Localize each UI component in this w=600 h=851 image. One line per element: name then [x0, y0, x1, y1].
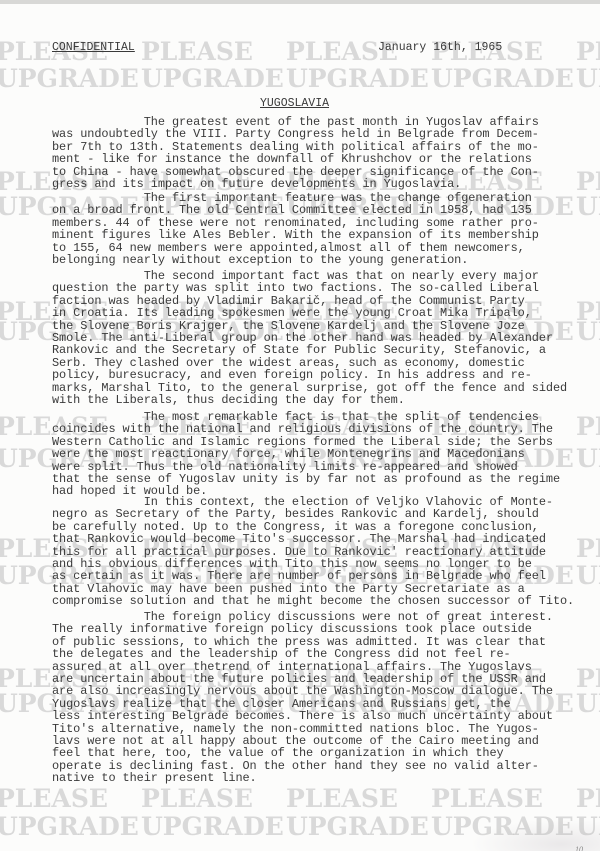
text-line: native to their present line. — [52, 772, 600, 784]
text-line: minent figures like Ales Bebler. With th… — [52, 229, 600, 241]
paragraph-national-divisions: The most remarkable fact is that the spl… — [52, 411, 600, 498]
text-line: feel that here, too, the value of the or… — [52, 747, 600, 759]
text-line: on a broad front. The old Central Commit… — [52, 204, 600, 216]
text-line: as certain as it was. There are number o… — [52, 570, 600, 582]
paragraph-congress: The greatest event of the past month in … — [52, 116, 600, 190]
text-line: policy, buresucracy, and even foreign po… — [52, 369, 600, 381]
text-line: were the most reactionary force, while M… — [52, 448, 600, 460]
paragraph-succession: In this context, the election of Veljko … — [52, 496, 600, 608]
text-line: less interesting Belgrade becomes. There… — [52, 710, 600, 722]
classification-label: CONFIDENTIAL — [52, 42, 135, 54]
text-line: The really informative foreign policy di… — [52, 623, 600, 635]
text-line: in Croatia. Its leading spokesmen were t… — [52, 307, 600, 319]
text-line: belonging nearly without exception to th… — [52, 254, 600, 266]
text-line: with the Liberals, thus deciding the day… — [52, 394, 600, 406]
text-line: that Rankovic would become Tito's succes… — [52, 533, 600, 545]
text-line: negro as Secretary of the Party, besides… — [52, 508, 600, 520]
page-number-mark: 10. — [575, 844, 585, 851]
paragraph-factions: The second important fact was that on ne… — [52, 270, 600, 406]
text-line: question the party was split into two fa… — [52, 282, 600, 294]
text-line: compromise solution and that he might be… — [52, 595, 600, 607]
paragraph-generation-change: The first important feature was the chan… — [52, 192, 600, 266]
text-line: ment - like for instance the downfall of… — [52, 153, 600, 165]
text-line: gress and its impact on future developme… — [52, 178, 600, 190]
document-title: YUGOSLAVIA — [260, 98, 329, 110]
text-line: the delegates and the leadership of the … — [52, 648, 600, 660]
document-date: January 16th, 1965 — [378, 42, 502, 54]
text-line: Rankovic and the Secretary of State for … — [52, 344, 600, 356]
document-page: PLEASEPLEASEPLEASEPLEASEPLEASEPLEASEUPGR… — [0, 0, 600, 851]
text-line: are also increasingly nervous about the … — [52, 685, 600, 697]
paragraph-foreign-policy: The foreign policy discussions were not … — [52, 611, 600, 785]
text-line: was undoubtedly the VIII. Party Congress… — [52, 128, 600, 140]
text-line: coincides with the national and religiou… — [52, 423, 600, 435]
document-content: CONFIDENTIAL January 16th, 1965 YUGOSLAV… — [0, 4, 600, 851]
